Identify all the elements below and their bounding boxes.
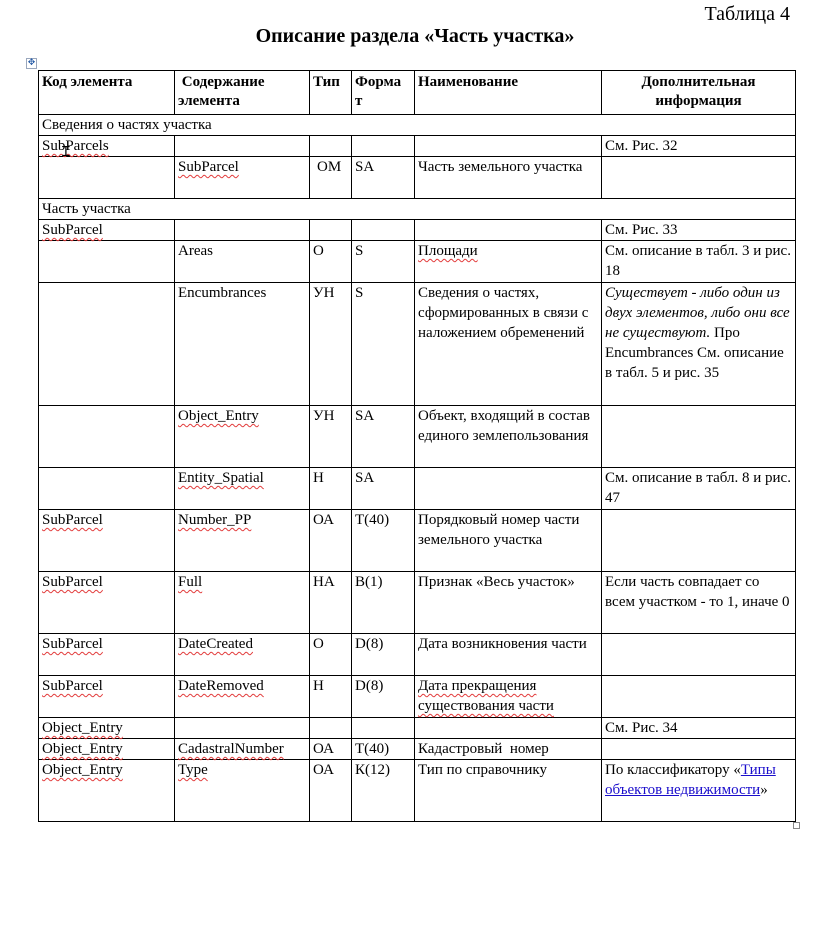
cell-type: Н (310, 676, 352, 718)
cell-type: Н (310, 468, 352, 510)
cell-code: SubParcel (39, 572, 175, 634)
cell-format: SA (352, 157, 415, 199)
table-row: Encumbrances УН S Сведения о частях, сфо… (39, 283, 796, 406)
table-row: SubParcel ОМ SA Часть земельного участка (39, 157, 796, 199)
spec-table: Код элемента Содержание элемента Тип Фор… (38, 70, 796, 822)
header-format: Формат (352, 71, 415, 115)
table-row: SubParcel Number_PP ОА Т(40) Порядковый … (39, 510, 796, 572)
cell-name: Тип по справочнику (415, 760, 602, 822)
existence-note: Существует - либо один из двух элементов… (605, 285, 790, 341)
cell-info (602, 406, 796, 468)
section-title: Часть участка (39, 199, 796, 220)
cell-info: По классификатору «Типы объектов недвижи… (602, 760, 796, 822)
cell-name: Дата возникновения части (415, 634, 602, 676)
cell-type: О (310, 634, 352, 676)
cell-format: Т(40) (352, 510, 415, 572)
cell-info: См. описание в табл. 3 и рис. 18 (602, 241, 796, 283)
cell-info: См. Рис. 34 (602, 718, 796, 739)
table-row: SubParcel DateCreated О D(8) Дата возник… (39, 634, 796, 676)
cell-info (602, 739, 796, 760)
cell-name: Часть земельного участка (415, 157, 602, 199)
cell-code: Object_Entry (39, 718, 175, 739)
cell-type: УН (310, 406, 352, 468)
table-row: SubParcels См. Рис. 32 (39, 136, 796, 157)
cell-code: SubParcel (39, 676, 175, 718)
cell-code (39, 406, 175, 468)
cell-type: ОМ (310, 157, 352, 199)
cell-name: Кадастровый номер (415, 739, 602, 760)
cell-content (175, 718, 310, 739)
document-title: Описание раздела «Часть участка» (0, 24, 820, 48)
cell-content: Object_Entry (175, 406, 310, 468)
cell-format: Т(40) (352, 739, 415, 760)
cell-type: УН (310, 283, 352, 406)
cell-name: Площади (415, 241, 602, 283)
cell-code: Object_Entry (39, 760, 175, 822)
cell-type: О (310, 241, 352, 283)
move-cross-icon[interactable]: ✥ (26, 58, 37, 69)
cell-name: Признак «Весь участок» (415, 572, 602, 634)
cell-format: S (352, 241, 415, 283)
cell-content: Entity_Spatial (175, 468, 310, 510)
cell-info (602, 157, 796, 199)
table-row: Areas О S Площади См. описание в табл. 3… (39, 241, 796, 283)
cell-info (602, 676, 796, 718)
table-row: SubParcel Full НА В(1) Признак «Весь уча… (39, 572, 796, 634)
cell-name (415, 220, 602, 241)
header-code: Код элемента (39, 71, 175, 115)
cell-info: См. Рис. 33 (602, 220, 796, 241)
cell-format: D(8) (352, 676, 415, 718)
header-type: Тип (310, 71, 352, 115)
cell-content (175, 220, 310, 241)
section-row: Сведения о частях участка (39, 115, 796, 136)
cell-content (175, 136, 310, 157)
cell-type (310, 718, 352, 739)
cell-name: Порядковый номер части земельного участк… (415, 510, 602, 572)
cell-format: В(1) (352, 572, 415, 634)
cell-type: ОА (310, 739, 352, 760)
cell-format: S (352, 283, 415, 406)
cell-info: Если часть совпадает со всем участком - … (602, 572, 796, 634)
cell-format: D(8) (352, 634, 415, 676)
table-row: Entity_Spatial Н SA См. описание в табл.… (39, 468, 796, 510)
table-row: Object_Entry CadastralNumber ОА Т(40) Ка… (39, 739, 796, 760)
cell-code: SubParcel (39, 220, 175, 241)
cell-format (352, 718, 415, 739)
cell-name: Дата прекращения существования части (415, 676, 602, 718)
cell-format (352, 220, 415, 241)
resize-square-icon[interactable] (793, 822, 800, 829)
cell-name (415, 136, 602, 157)
cell-type: ОА (310, 510, 352, 572)
cell-content: CadastralNumber (175, 739, 310, 760)
cell-name (415, 468, 602, 510)
cell-info (602, 510, 796, 572)
cell-name (415, 718, 602, 739)
table-header-row: Код элемента Содержание элемента Тип Фор… (39, 71, 796, 115)
cell-info: Существует - либо один из двух элементов… (602, 283, 796, 406)
cell-type: ОА (310, 760, 352, 822)
section-title: Сведения о частях участка (39, 115, 796, 136)
cell-type (310, 220, 352, 241)
table-row: Object_Entry См. Рис. 34 (39, 718, 796, 739)
cell-content: Areas (175, 241, 310, 283)
cell-format (352, 136, 415, 157)
cell-code: SubParcels (39, 136, 175, 157)
cell-content: DateCreated (175, 634, 310, 676)
cell-name: Объект, входящий в состав единого землеп… (415, 406, 602, 468)
cell-code (39, 468, 175, 510)
cell-info: См. Рис. 32 (602, 136, 796, 157)
cell-format: SA (352, 468, 415, 510)
table-number-label: Таблица 4 (704, 2, 790, 26)
cell-code: Object_Entry (39, 739, 175, 760)
cell-code (39, 241, 175, 283)
header-name: Наименование (415, 71, 602, 115)
table-row: SubParcel DateRemoved Н D(8) Дата прекра… (39, 676, 796, 718)
cell-content: Full (175, 572, 310, 634)
cell-code (39, 157, 175, 199)
cell-code (39, 283, 175, 406)
section-row: Часть участка (39, 199, 796, 220)
table-row: Object_Entry УН SA Объект, входящий в со… (39, 406, 796, 468)
cell-format: SA (352, 406, 415, 468)
cell-code: SubParcel (39, 510, 175, 572)
table-row: Object_Entry Type ОА К(12) Тип по справо… (39, 760, 796, 822)
cell-type (310, 136, 352, 157)
cell-content: DateRemoved (175, 676, 310, 718)
cell-content: Type (175, 760, 310, 822)
table-row: SubParcel См. Рис. 33 (39, 220, 796, 241)
cell-content: SubParcel (175, 157, 310, 199)
cell-name: Сведения о частях, сформированных в связ… (415, 283, 602, 406)
ibeam-cursor-icon: Ɪ (62, 144, 70, 160)
cell-format: К(12) (352, 760, 415, 822)
cell-content: Encumbrances (175, 283, 310, 406)
cell-info (602, 634, 796, 676)
header-info: Дополнительная информация (602, 71, 796, 115)
header-content: Содержание элемента (175, 71, 310, 115)
cell-type: НА (310, 572, 352, 634)
cell-content: Number_PP (175, 510, 310, 572)
cell-code: SubParcel (39, 634, 175, 676)
cell-info: См. описание в табл. 8 и рис. 47 (602, 468, 796, 510)
